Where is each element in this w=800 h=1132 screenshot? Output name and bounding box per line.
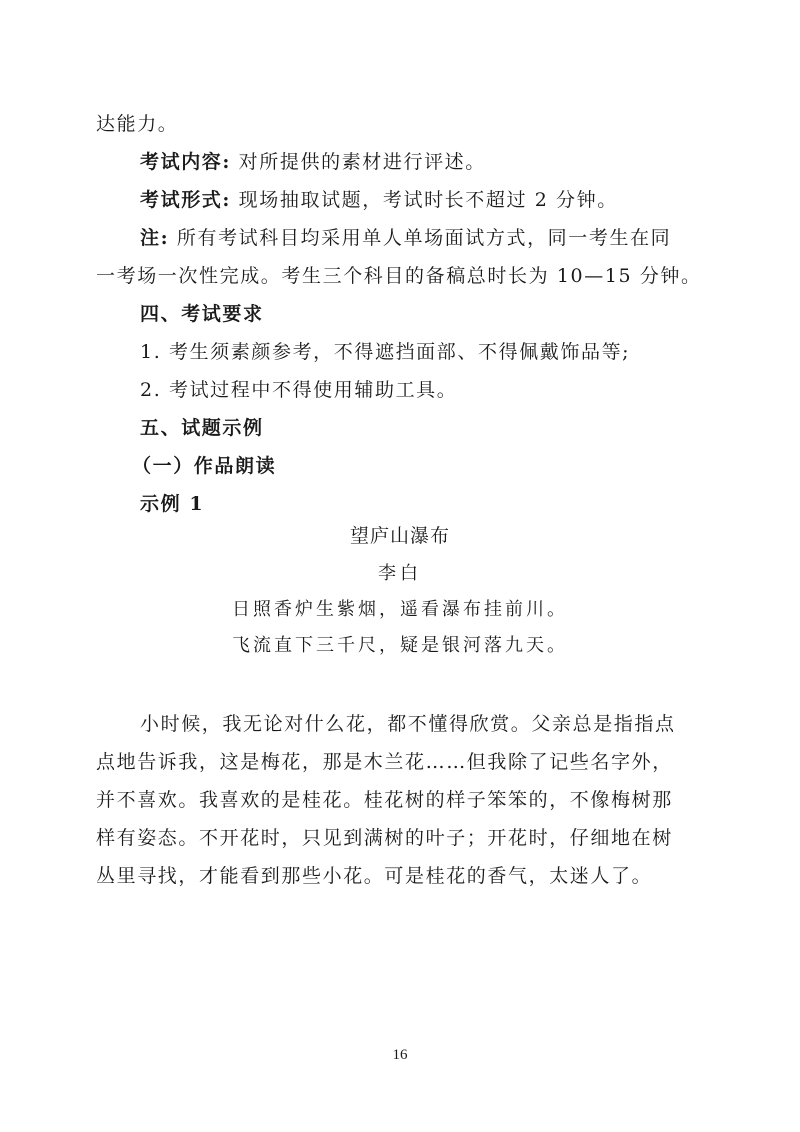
exam-content-colon: :	[222, 151, 231, 173]
section5-subheading: （一）作品朗读	[132, 454, 276, 478]
exam-format-colon: :	[222, 189, 231, 211]
exam-content-paragraph: 考试内容: 对所提供的素材进行评述。	[140, 150, 486, 174]
requirement-item-2: 2. 考试过程中不得使用辅助工具。	[140, 378, 457, 402]
section4-heading: 四、考试要求	[140, 302, 264, 326]
prose-line-4: 样有姿态。不开花时，只见到满树的叶子；开花时，仔细地在树	[96, 826, 706, 850]
document-page: 达能力。 考试内容: 对所提供的素材进行评述。 考试形式: 现场抽取试题，考试时…	[0, 0, 800, 1132]
exam-format-paragraph: 考试形式: 现场抽取试题，考试时长不超过 2 分钟。	[140, 188, 618, 212]
note-text-line2: 一考场一次性完成。考生三个科目的备稿总时长为 10—15 分钟。	[96, 264, 706, 288]
note-label: 注	[140, 227, 161, 249]
section5-heading: 五、试题示例	[140, 416, 264, 440]
requirement-item-1: 1. 考生须素颜参考，不得遮挡面部、不得佩戴饰品等;	[140, 340, 630, 364]
exam-format-text: 现场抽取试题，考试时长不超过 2 分钟。	[239, 189, 618, 211]
poem-author: 李白	[0, 562, 800, 586]
note-text-line1: 所有考试科目均采用单人单场面试方式，同一考生在同	[177, 227, 671, 249]
exam-content-text: 对所提供的素材进行评述。	[239, 151, 486, 173]
page-number: 16	[0, 1047, 800, 1064]
prose-line-1: 小时候，我无论对什么花，都不懂得欣赏。父亲总是指指点	[140, 712, 706, 736]
note-colon: :	[161, 227, 170, 249]
poem-line-1: 日照香炉生紫烟，遥看瀑布挂前川。	[0, 598, 800, 622]
poem-title: 望庐山瀑布	[0, 524, 800, 548]
note-paragraph-line1: 注: 所有考试科目均采用单人单场面试方式，同一考生在同	[140, 226, 706, 250]
exam-format-label: 考试形式	[140, 189, 222, 211]
example-label: 示例 1	[140, 492, 204, 516]
poem-line-2: 飞流直下三千尺，疑是银河落九天。	[0, 634, 800, 658]
prose-line-2: 点地告诉我，这是梅花，那是木兰花……但我除了记些名字外，	[96, 750, 706, 774]
prose-line-5: 丛里寻找，才能看到那些小花。可是桂花的香气，太迷人了。	[96, 864, 706, 888]
continuation-text: 达能力。	[96, 112, 706, 136]
prose-line-3: 并不喜欢。我喜欢的是桂花。桂花树的样子笨笨的，不像梅树那	[96, 788, 706, 812]
exam-content-label: 考试内容	[140, 151, 222, 173]
